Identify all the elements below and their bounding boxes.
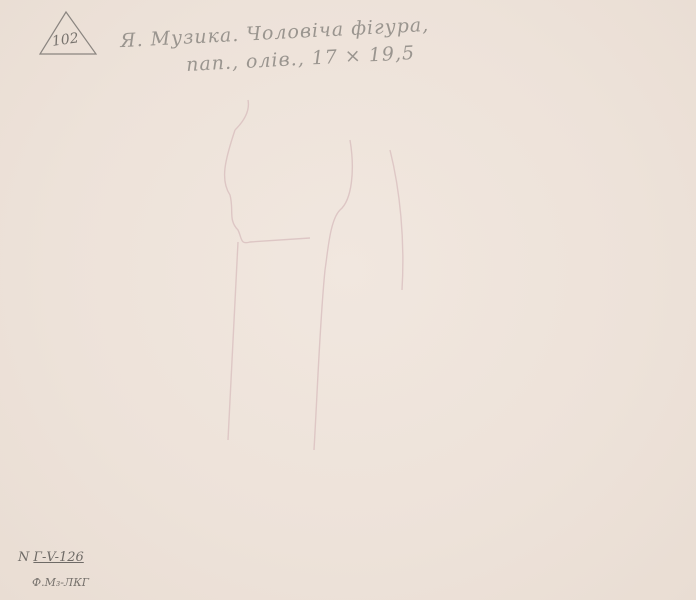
faint-figure-sketch <box>190 60 450 460</box>
catalog-code: NГ-V-126 <box>18 550 84 565</box>
catalog-number: Г-V-126 <box>33 550 83 565</box>
collection-code: Ф.М₃-ЛКГ <box>32 576 89 589</box>
artwork-sheet-back: 102 Я. Музика. Чоловіча фігура, пап., ол… <box>0 0 696 600</box>
catalog-prefix: N <box>18 550 29 565</box>
